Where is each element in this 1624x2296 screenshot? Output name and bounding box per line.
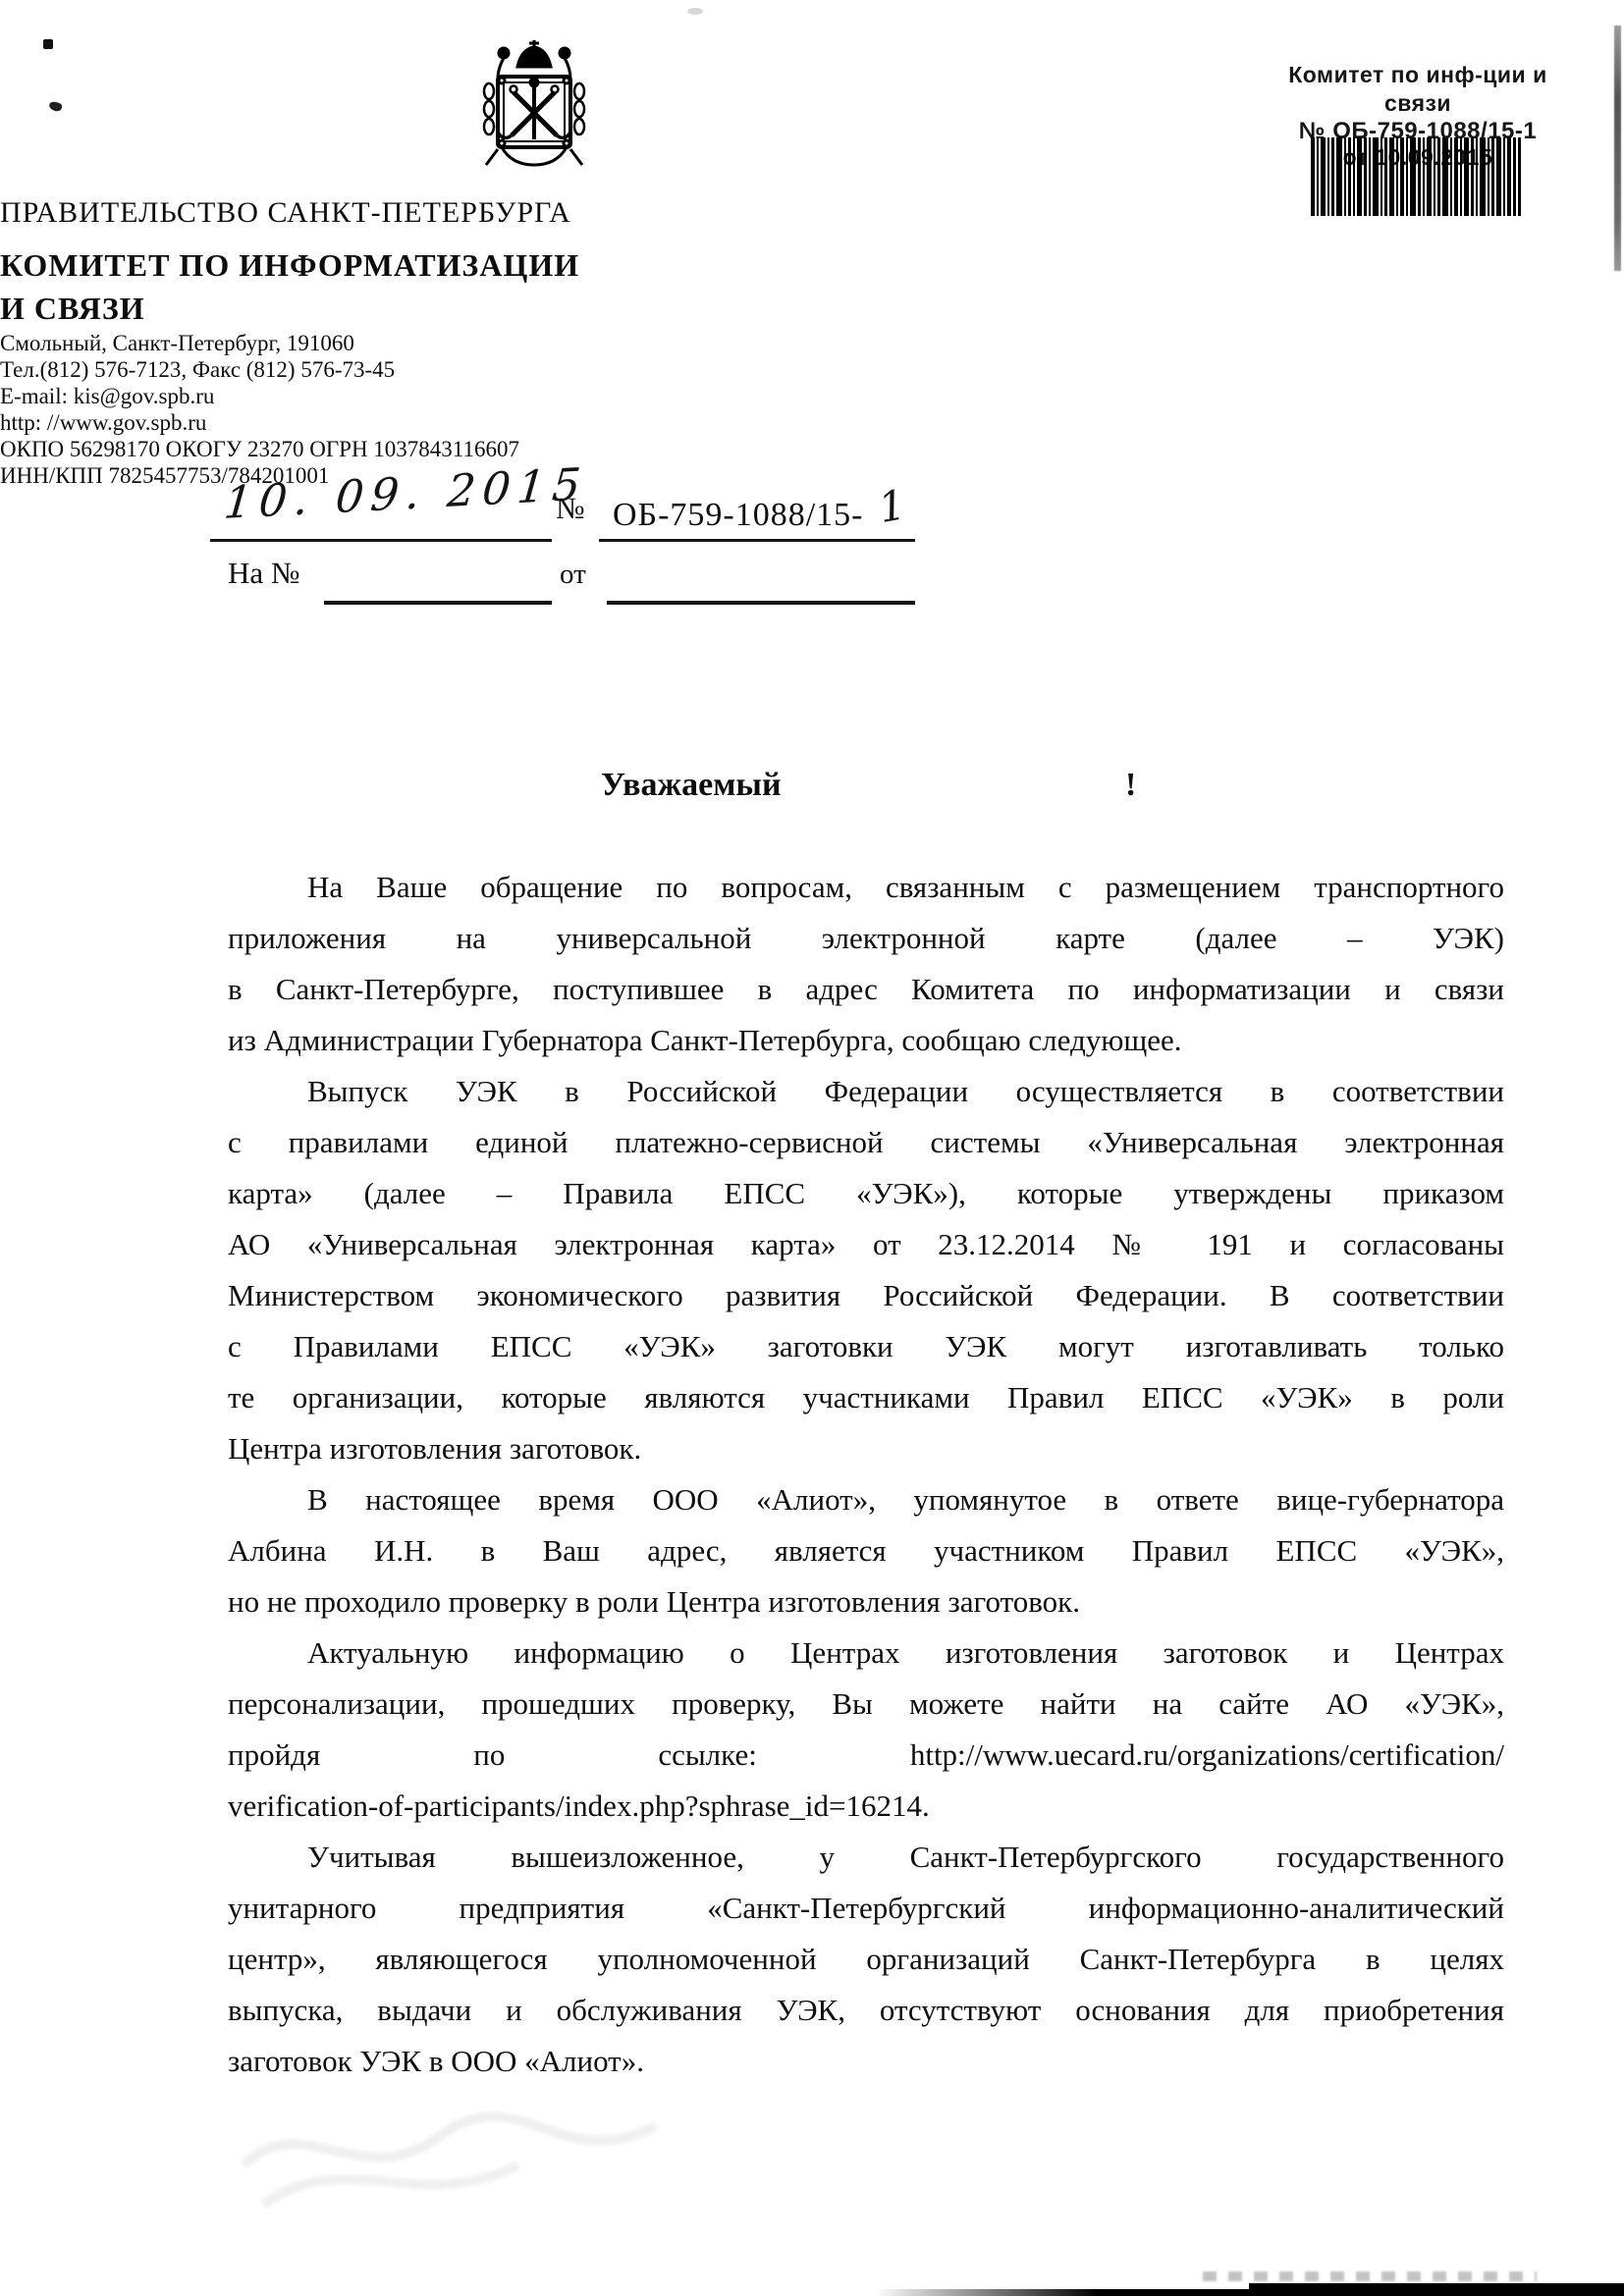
body-line: центр», являющегося уполномоченной орган… xyxy=(228,1934,1504,1985)
date-underline xyxy=(210,539,552,542)
address-line: http: //www.gov.spb.ru xyxy=(0,409,697,436)
body-line: Учитывая вышеизложенное, у Санкт-Петербу… xyxy=(228,1832,1504,1883)
body-line: выпуска, выдачи и обслуживания УЭК, отсу… xyxy=(228,1985,1504,2036)
body-line: Министерством экономического развития Ро… xyxy=(228,1270,1504,1321)
body-line: карта» (далее – Правила ЕПСС «УЭК»), кот… xyxy=(228,1168,1504,1219)
salutation-exclamation: ! xyxy=(1125,767,1136,804)
number-label: № xyxy=(556,491,585,526)
scan-speck xyxy=(48,101,63,113)
body-line: но не проходило проверку в роли Центра и… xyxy=(228,1576,1504,1628)
body-line: В настоящее время ООО «Алиот», упомянуто… xyxy=(228,1474,1504,1525)
reply-number-underline xyxy=(324,601,552,605)
body-line: с Правилами ЕПСС «УЭК» заготовки УЭК мог… xyxy=(228,1321,1504,1372)
body-line: унитарного предприятия «Санкт-Петербургс… xyxy=(228,1883,1504,1934)
reply-to-number-label: На № xyxy=(228,556,299,591)
committee-title-line2: И СВЯЗИ xyxy=(0,291,697,327)
body-line: заготовок УЭК в ООО «Алиот». xyxy=(228,2036,1504,2087)
body-line: пройдя по ссылке: http://www.uecard.ru/o… xyxy=(228,1730,1504,1781)
body-line: Албина И.Н. в Ваш адрес, является участн… xyxy=(228,1525,1504,1576)
address-line: Тел.(812) 576-7123, Факс (812) 576-73-45 xyxy=(0,356,697,383)
reply-from-label: от xyxy=(560,559,586,591)
scan-smudge xyxy=(1203,2271,1537,2281)
scan-speck xyxy=(687,8,703,15)
number-underline xyxy=(599,539,915,542)
reply-date-underline xyxy=(607,601,915,605)
document-number-typed: ОБ-759-1088/15- xyxy=(613,497,864,533)
handwritten-number-suffix: 1 xyxy=(875,480,910,532)
salutation-word: Уважаемый xyxy=(601,767,782,804)
committee-title-line1: КОМИТЕТ ПО ИНФОРМАТИЗАЦИИ xyxy=(0,247,697,284)
body-line: в Санкт-Петербурге, поступившее в адрес … xyxy=(228,964,1504,1015)
body-line: персонализации, прошедших проверку, Вы м… xyxy=(228,1679,1504,1730)
scan-speck xyxy=(43,39,53,49)
body-line: АО «Универсальная электронная карта» от … xyxy=(228,1219,1504,1270)
body-line: Центра изготовления заготовок. xyxy=(228,1423,1504,1474)
government-title: ПРАВИТЕЛЬСТВО САНКТ-ПЕТЕРБУРГА xyxy=(0,196,697,230)
body-line: с правилами единой платежно-сервисной си… xyxy=(228,1117,1504,1168)
address-line: E-mail: kis@gov.spb.ru xyxy=(0,383,697,409)
address-line: ОКПО 56298170 ОКОГУ 23270 ОГРН 103784311… xyxy=(0,436,697,462)
body-line: verification-of-participants/index.php?s… xyxy=(228,1781,1504,1832)
stamp-committee-line: Комитет по инф-ции и связи xyxy=(1255,61,1581,118)
body-line: Актуальную информацию о Центрах изготовл… xyxy=(228,1628,1504,1679)
bleed-through-ghost xyxy=(224,2087,695,2234)
body-line: из Администрации Губернатора Санкт-Петер… xyxy=(228,1015,1504,1066)
barcode-icon xyxy=(1311,137,1521,216)
scan-bottom-bar xyxy=(1249,2283,1624,2296)
scanned-letter-page: ПРАВИТЕЛЬСТВО САНКТ-ПЕТЕРБУРГА КОМИТЕТ П… xyxy=(0,0,1624,2296)
document-number: ОБ-759-1088/15-1 xyxy=(613,487,906,535)
coat-of-arms-icon xyxy=(468,37,600,183)
body-line: те организации, которые являются участни… xyxy=(228,1372,1504,1423)
scan-edge-streak xyxy=(1614,26,1621,271)
letterhead-address-block: Смольный, Санкт-Петербург, 191060 Тел.(8… xyxy=(0,330,697,489)
address-line: Смольный, Санкт-Петербург, 191060 xyxy=(0,330,697,356)
body-line: На Ваше обращение по вопросам, связанным… xyxy=(228,862,1504,913)
body-line: приложения на универсальной электронной … xyxy=(228,913,1504,964)
letter-body: На Ваше обращение по вопросам, связанным… xyxy=(228,862,1504,2087)
body-line: Выпуск УЭК в Российской Федерации осущес… xyxy=(228,1066,1504,1117)
